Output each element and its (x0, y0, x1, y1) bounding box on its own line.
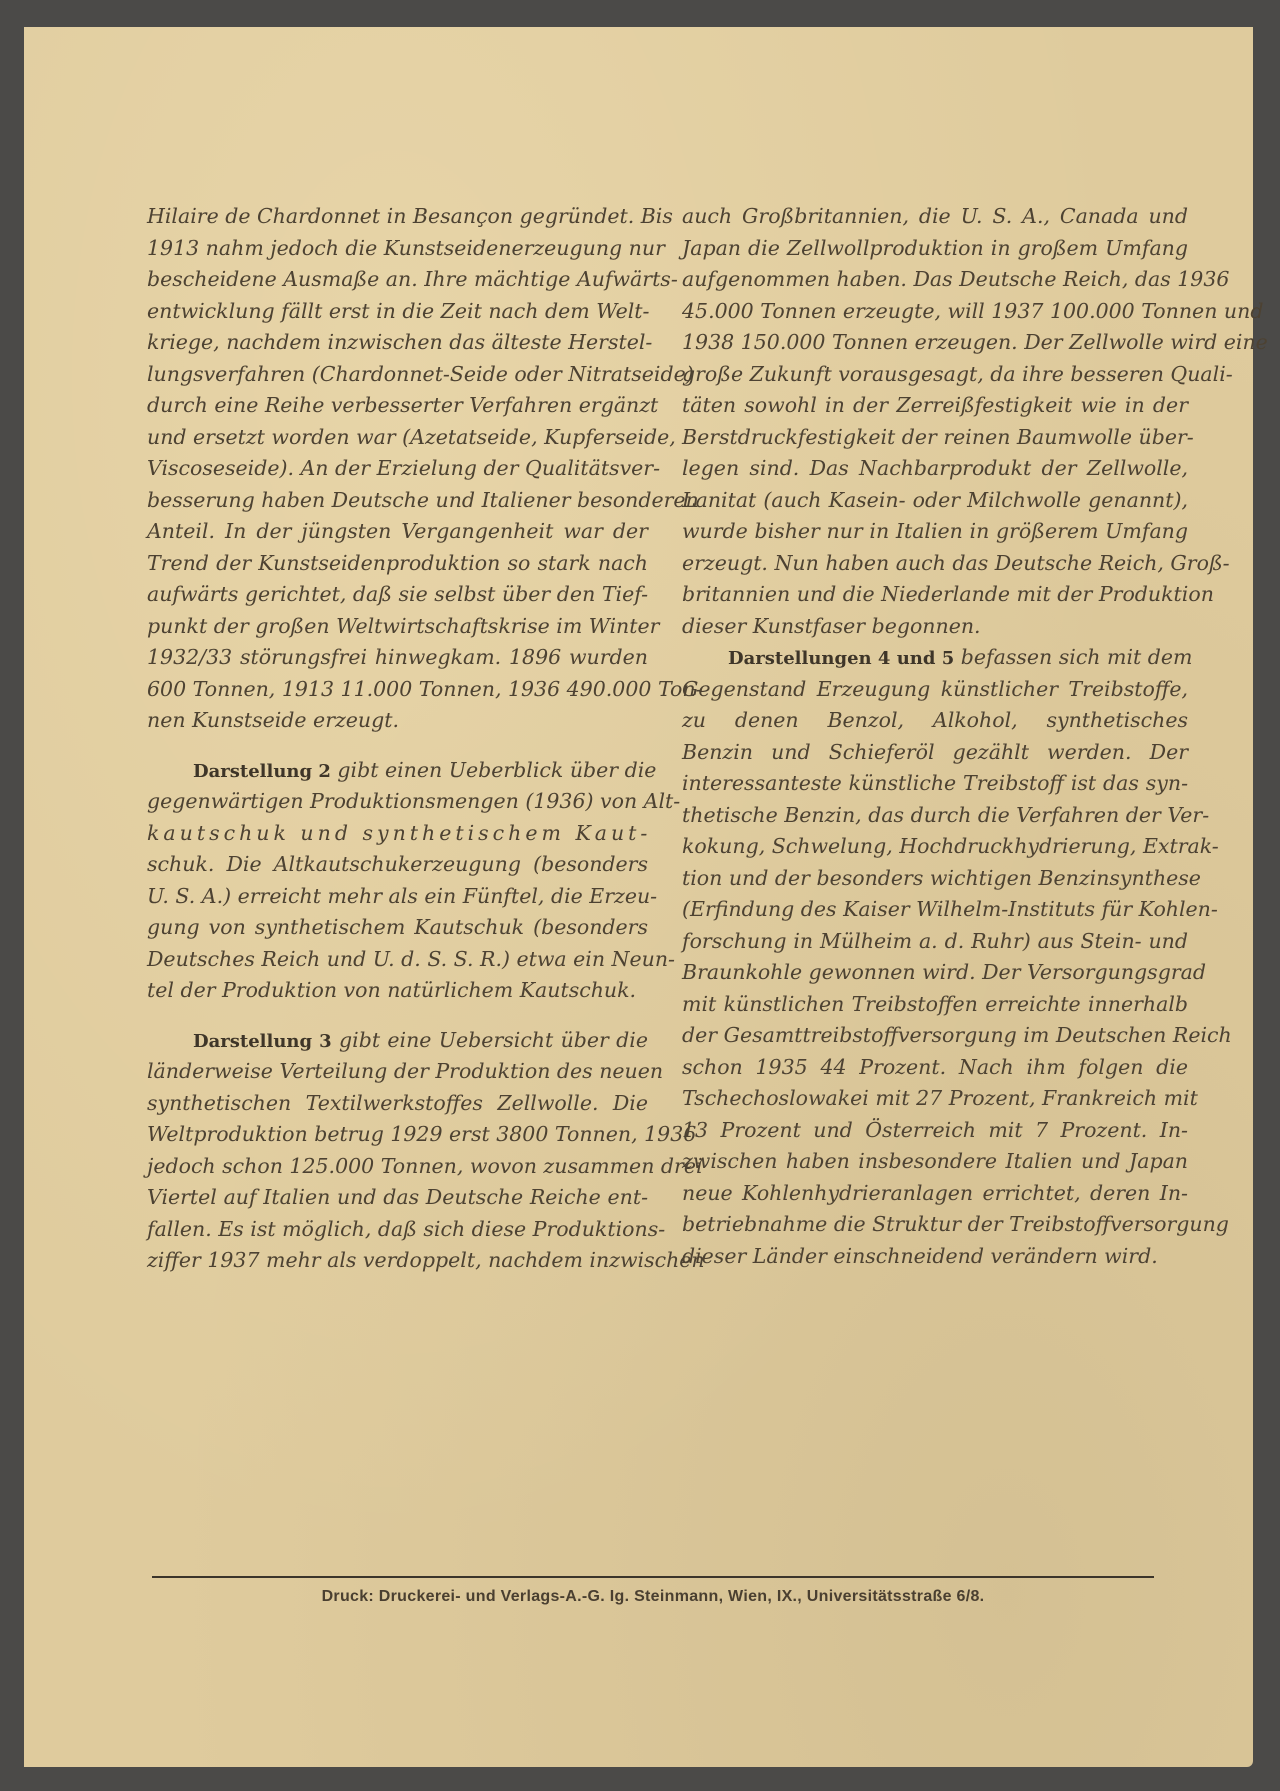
text-line: (Erfindung des Kaiser Wilhelm-Instituts … (682, 894, 1188, 926)
text-line: Viertel auf Italien und das Deutsche Rei… (147, 1182, 648, 1214)
text-line: gegenwärtigen Produktionsmengen (1936) v… (147, 786, 648, 818)
text-line: forschung in Mülheim a. d. Ruhr) aus Ste… (682, 926, 1188, 958)
text-line: punkt der großen Weltwirtschaftskrise im… (147, 611, 648, 643)
text-line: Deutsches Reich und U. d. S. S. R.) etwa… (147, 944, 648, 976)
text-line: Gegenstand Erzeugung künstlicher Treibst… (682, 674, 1188, 706)
left-column: Hilaire de Chardonnet in Besançon gegrün… (147, 201, 648, 1277)
text-line: auch Großbritannien, die U. S. A., Canad… (682, 201, 1188, 233)
text-line: tion und der besonders wichtigen Benzins… (682, 863, 1188, 895)
printer-imprint: Druck: Druckerei- und Verlags-A.-G. Ig. … (152, 1588, 1154, 1606)
text-line: 45.000 Tonnen erzeugte, will 1937 100.00… (682, 296, 1188, 328)
text-line: thetische Benzin, das durch die Verfahre… (682, 800, 1188, 832)
text-line: schuk. Die Altkautschukerzeugung (besond… (147, 849, 648, 881)
right-column: auch Großbritannien, die U. S. A., Canad… (682, 201, 1188, 1272)
text-line: und ersetzt worden war (Azetatseide, Kup… (147, 422, 648, 454)
text-line: kautschuk und synthetischem Kaut- (147, 818, 648, 850)
text-line: aufgenommen haben. Das Deutsche Reich, d… (682, 264, 1188, 296)
text-line: Braunkohle gewonnen wird. Der Versorgung… (682, 957, 1188, 989)
text-line: 600 Tonnen, 1913 11.000 Tonnen, 1936 490… (147, 674, 648, 706)
text-line: synthetischen Textilwerkstoffes Zellwoll… (147, 1088, 648, 1120)
text-line: lungsverfahren (Chardonnet-Seide oder Ni… (147, 359, 648, 391)
paragraph-kunstseide: Hilaire de Chardonnet in Besançon gegrün… (147, 201, 648, 737)
text-line: Darstellungen 4 und 5 befassen sich mit … (682, 642, 1188, 674)
paragraph-darstellung-3: Darstellung 3 gibt eine Uebersicht über … (147, 1025, 648, 1277)
text-line: jedoch schon 125.000 Tonnen, wovon zusam… (147, 1151, 648, 1183)
text-line: große Zukunft vorausgesagt, da ihre bess… (682, 359, 1188, 391)
text-line: dieser Länder einschneidend verändern wi… (682, 1241, 1188, 1273)
footer-divider (152, 1576, 1154, 1578)
text-fragment: gibt einen Ueberblick über die (337, 758, 656, 782)
paragraph-darstellung-2: Darstellung 2 gibt einen Ueberblick über… (147, 755, 648, 1007)
text-line: Trend der Kunstseidenproduktion so stark… (147, 548, 648, 580)
text-line: fallen. Es ist möglich, daß sich diese P… (147, 1214, 648, 1246)
text-line: kriege, nachdem inzwischen das älteste H… (147, 327, 648, 359)
text-line: erzeugt. Nun haben auch das Deutsche Rei… (682, 548, 1188, 580)
text-line: Weltproduktion betrug 1929 erst 3800 Ton… (147, 1119, 648, 1151)
text-line: Berstdruckfestigkeit der reinen Baumwoll… (682, 422, 1188, 454)
text-line: 13 Prozent und Österreich mit 7 Prozent.… (682, 1115, 1188, 1147)
text-line: U. S. A.) erreicht mehr als ein Fünftel,… (147, 881, 648, 913)
text-line: zwischen haben insbesondere Italien und … (682, 1146, 1188, 1178)
text-line: bescheidene Ausmaße an. Ihre mächtige Au… (147, 264, 648, 296)
section-heading: Darstellungen 4 und 5 (728, 648, 954, 669)
text-line: 1938 150.000 Tonnen erzeugen. Der Zellwo… (682, 327, 1188, 359)
text-line: aufwärts gerichtet, daß sie selbst über … (147, 579, 648, 611)
text-fragment: gibt eine Uebersicht über die (339, 1028, 648, 1052)
text-line: interessanteste künstliche Treibstoff is… (682, 768, 1188, 800)
text-line: Darstellung 3 gibt eine Uebersicht über … (147, 1025, 648, 1057)
text-line: zu denen Benzol, Alkohol, synthetisches (682, 705, 1188, 737)
section-heading: Darstellung 2 (193, 761, 331, 782)
text-line: ziffer 1937 mehr als verdoppelt, nachdem… (147, 1245, 648, 1277)
text-line: nen Kunstseide erzeugt. (147, 705, 648, 737)
text-line: wurde bisher nur in Italien in größerem … (682, 516, 1188, 548)
paragraph-zellwolle: auch Großbritannien, die U. S. A., Canad… (682, 201, 1188, 642)
paragraph-spacer (147, 737, 648, 755)
text-line: betriebnahme die Struktur der Treibstoff… (682, 1209, 1188, 1241)
text-line: Viscoseseide). An der Erzielung der Qual… (147, 453, 648, 485)
text-line: Lanitat (auch Kasein- oder Milchwolle ge… (682, 485, 1188, 517)
text-line: 1913 nahm jedoch die Kunstseidenerzeugun… (147, 233, 648, 265)
text-line: Darstellung 2 gibt einen Ueberblick über… (147, 755, 648, 787)
text-line: länderweise Verteilung der Produktion de… (147, 1056, 648, 1088)
text-line: legen sind. Das Nachbarprodukt der Zellw… (682, 453, 1188, 485)
text-line: gung von synthetischem Kautschuk (besond… (147, 912, 648, 944)
text-line: der Gesamttreibstoffversorgung im Deutsc… (682, 1020, 1188, 1052)
text-line: mit künstlichen Treibstoffen erreichte i… (682, 989, 1188, 1021)
text-line: Anteil. In der jüngsten Vergangenheit wa… (147, 516, 648, 548)
text-line: britannien und die Niederlande mit der P… (682, 579, 1188, 611)
text-line: entwicklung fällt erst in die Zeit nach … (147, 296, 648, 328)
text-line: besserung haben Deutsche und Italiener b… (147, 485, 648, 517)
text-line: tel der Produktion von natürlichem Kauts… (147, 975, 648, 1007)
paragraph-spacer (147, 1007, 648, 1025)
paragraph-darstellungen-4-5: Darstellungen 4 und 5 befassen sich mit … (682, 642, 1188, 1272)
document-page: Hilaire de Chardonnet in Besançon gegrün… (24, 27, 1253, 1767)
text-line: 1932/33 störungsfrei hinwegkam. 1896 wur… (147, 642, 648, 674)
text-line: dieser Kunstfaser begonnen. (682, 611, 1188, 643)
text-line: Tschechoslowakei mit 27 Prozent, Frankre… (682, 1083, 1188, 1115)
text-line: durch eine Reihe verbesserter Verfahren … (147, 390, 648, 422)
text-line: täten sowohl in der Zerreißfestigkeit wi… (682, 390, 1188, 422)
text-line: schon 1935 44 Prozent. Nach ihm folgen d… (682, 1052, 1188, 1084)
text-line: kokung, Schwelung, Hochdruckhydrierung, … (682, 831, 1188, 863)
section-heading: Darstellung 3 (193, 1031, 332, 1052)
text-line: Benzin und Schieferöl gezählt werden. De… (682, 737, 1188, 769)
text-line: Hilaire de Chardonnet in Besançon gegrün… (147, 201, 648, 233)
text-line: Japan die Zellwollproduktion in großem U… (682, 233, 1188, 265)
text-fragment: befassen sich mit dem (961, 645, 1193, 669)
text-line: neue Kohlenhydrieranlagen errichtet, der… (682, 1178, 1188, 1210)
